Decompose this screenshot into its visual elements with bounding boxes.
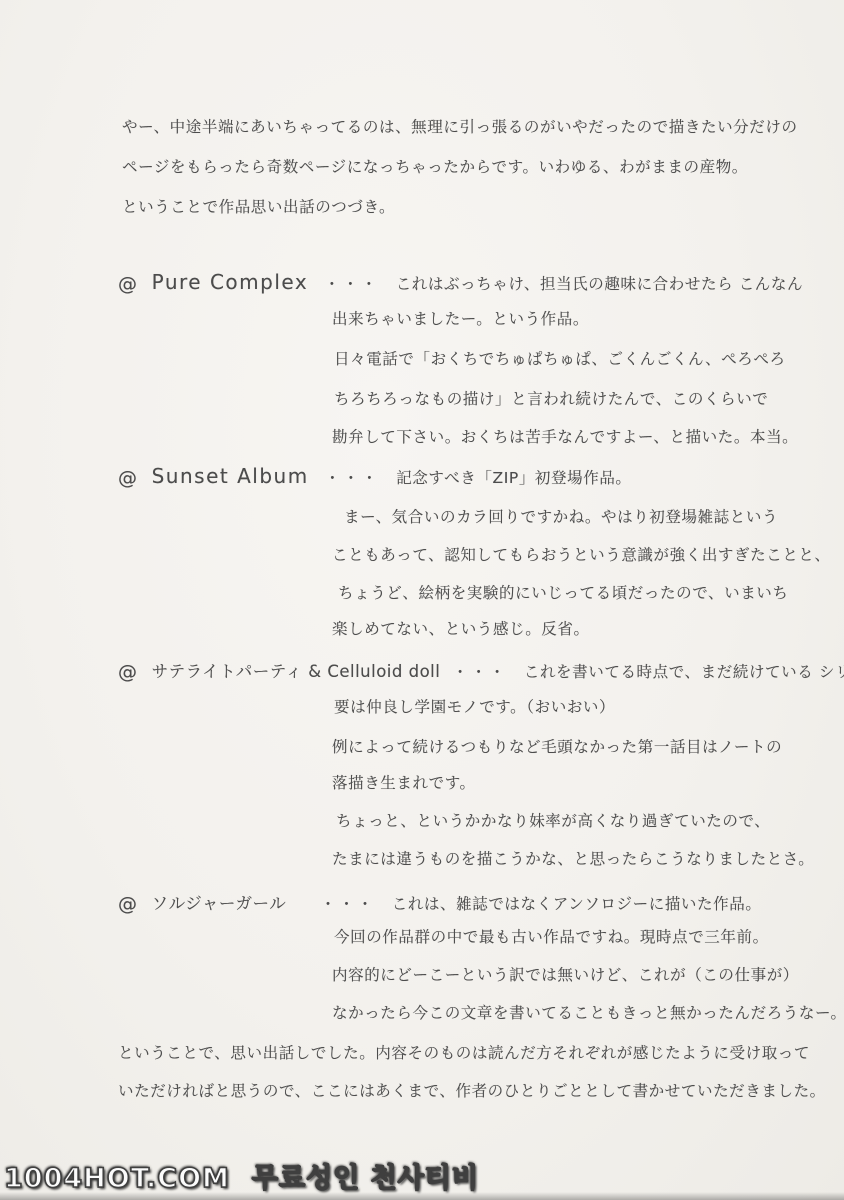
- outro-line: ということで、思い出話しでした。内容そのものは読んだ方それぞれが感じたように受け…: [118, 1046, 810, 1062]
- section-title: Pure Complex: [152, 270, 309, 294]
- section-body-line: 要は仲良し学園モノです。（おいおい）: [334, 700, 615, 716]
- section-body-line: 内容的にどーこーという訳では無いけど、これが（この仕事が）: [332, 968, 799, 984]
- ellipsis-dots: ・・・: [324, 275, 380, 293]
- section-body-line: ちょうど、絵柄を実験的にいじってる頃だったので、いまいち: [338, 586, 789, 602]
- ellipsis-dots: ・・・: [320, 895, 376, 913]
- section-body-line: 出来ちゃいましたー。という作品。: [332, 312, 589, 328]
- outro-line: いただければと思うので、ここにはあくまで、作者のひとりごととして書かせていただき…: [118, 1084, 826, 1100]
- section-body-line: 今回の作品群の中で最も古い作品ですね。現時点で三年前。: [334, 930, 769, 946]
- scanned-afterword-page: やー、中途半端にあいちゃってるのは、無理に引っ張るのがいやだったので描きたい分だ…: [0, 0, 844, 1200]
- ellipsis-dots: ・・・: [325, 469, 381, 487]
- intro-line: ページをもらったら奇数ページになっちゃったからです。いわゆる、わがままの産物。: [122, 160, 748, 176]
- section-body-line: 勘弁して下さい。おくちは苦手なんですよー、と描いた。本当。: [332, 430, 798, 446]
- section-intro-text: これはぶっちゃけ、担当氏の趣味に合わせたら こんなん: [396, 275, 803, 293]
- section-body-line: まー、気合いのカラ回りですかね。やはり初登場雑誌という: [344, 510, 778, 526]
- section-intro-text: これは、雑誌ではなくアンソロジーに描いた作品。: [392, 895, 762, 913]
- section-body-line: ちろちろっなもの描け」と言われ続けたんで、このくらいで: [334, 392, 768, 408]
- intro-line: ということで作品思い出話のつづき。: [122, 200, 395, 216]
- section-body-line: ちょっと、というかかなり妹率が高くなり過ぎていたので、: [336, 814, 770, 830]
- section-header-sunset-album: @Sunset Album・・・記念すべき「ZIP」初登場作品。: [118, 466, 632, 487]
- section-body-line: こともあって、認知してもらおうという意識が強く出すぎたことと、: [332, 548, 831, 564]
- watermark-korean-label: 무료성인 천사티비: [252, 1163, 479, 1194]
- section-body-line: たまには違うものを描こうかな、と思ったらこうなりましたとさ。: [332, 852, 814, 868]
- ellipsis-dots: ・・・: [452, 663, 508, 681]
- at-spiral-marker: @: [118, 469, 138, 488]
- section-header-pure-complex: @Pure Complex・・・これはぶっちゃけ、担当氏の趣味に合わせたら こん…: [118, 272, 803, 293]
- intro-line: やー、中途半端にあいちゃってるのは、無理に引っ張るのがいやだったので描きたい分だ…: [122, 120, 798, 136]
- section-body-line: 落描き生まれです。: [332, 776, 476, 792]
- section-body-line: 日々電話で「おくちでちゅぱちゅぱ、ごくんごくん、ぺろぺろ: [334, 352, 786, 368]
- at-spiral-marker: @: [118, 895, 138, 914]
- watermark: 1004HOT.COM무료성인 천사티비: [4, 1156, 479, 1195]
- section-title: サテライトパーティ & Celluloid doll: [152, 662, 441, 681]
- section-header-satellite-party: @サテライトパーティ & Celluloid doll・・・これを書いてる時点で…: [118, 662, 844, 681]
- section-body-line: なかったら今この文章を書いてることもきっと無かったんだろうなー。: [332, 1006, 844, 1022]
- section-intro-text: これを書いてる時点で、まだ続けている シリーズ。: [524, 663, 844, 681]
- section-title: Sunset Album: [152, 464, 309, 488]
- watermark-site-url: 1004HOT.COM: [4, 1163, 230, 1194]
- section-title: ソルジャーガール: [152, 894, 287, 913]
- section-header-soldier-girl: @ソルジャーガール・・・これは、雑誌ではなくアンソロジーに描いた作品。: [118, 894, 761, 913]
- section-body-line: 例によって続けるつもりなど毛頭なかった第一話目はノートの: [332, 740, 782, 756]
- at-spiral-marker: @: [118, 663, 138, 682]
- section-body-line: 楽しめてない、という感じ。反省。: [332, 622, 590, 638]
- at-spiral-marker: @: [118, 275, 138, 294]
- section-intro-text: 記念すべき「ZIP」初登場作品。: [396, 469, 631, 487]
